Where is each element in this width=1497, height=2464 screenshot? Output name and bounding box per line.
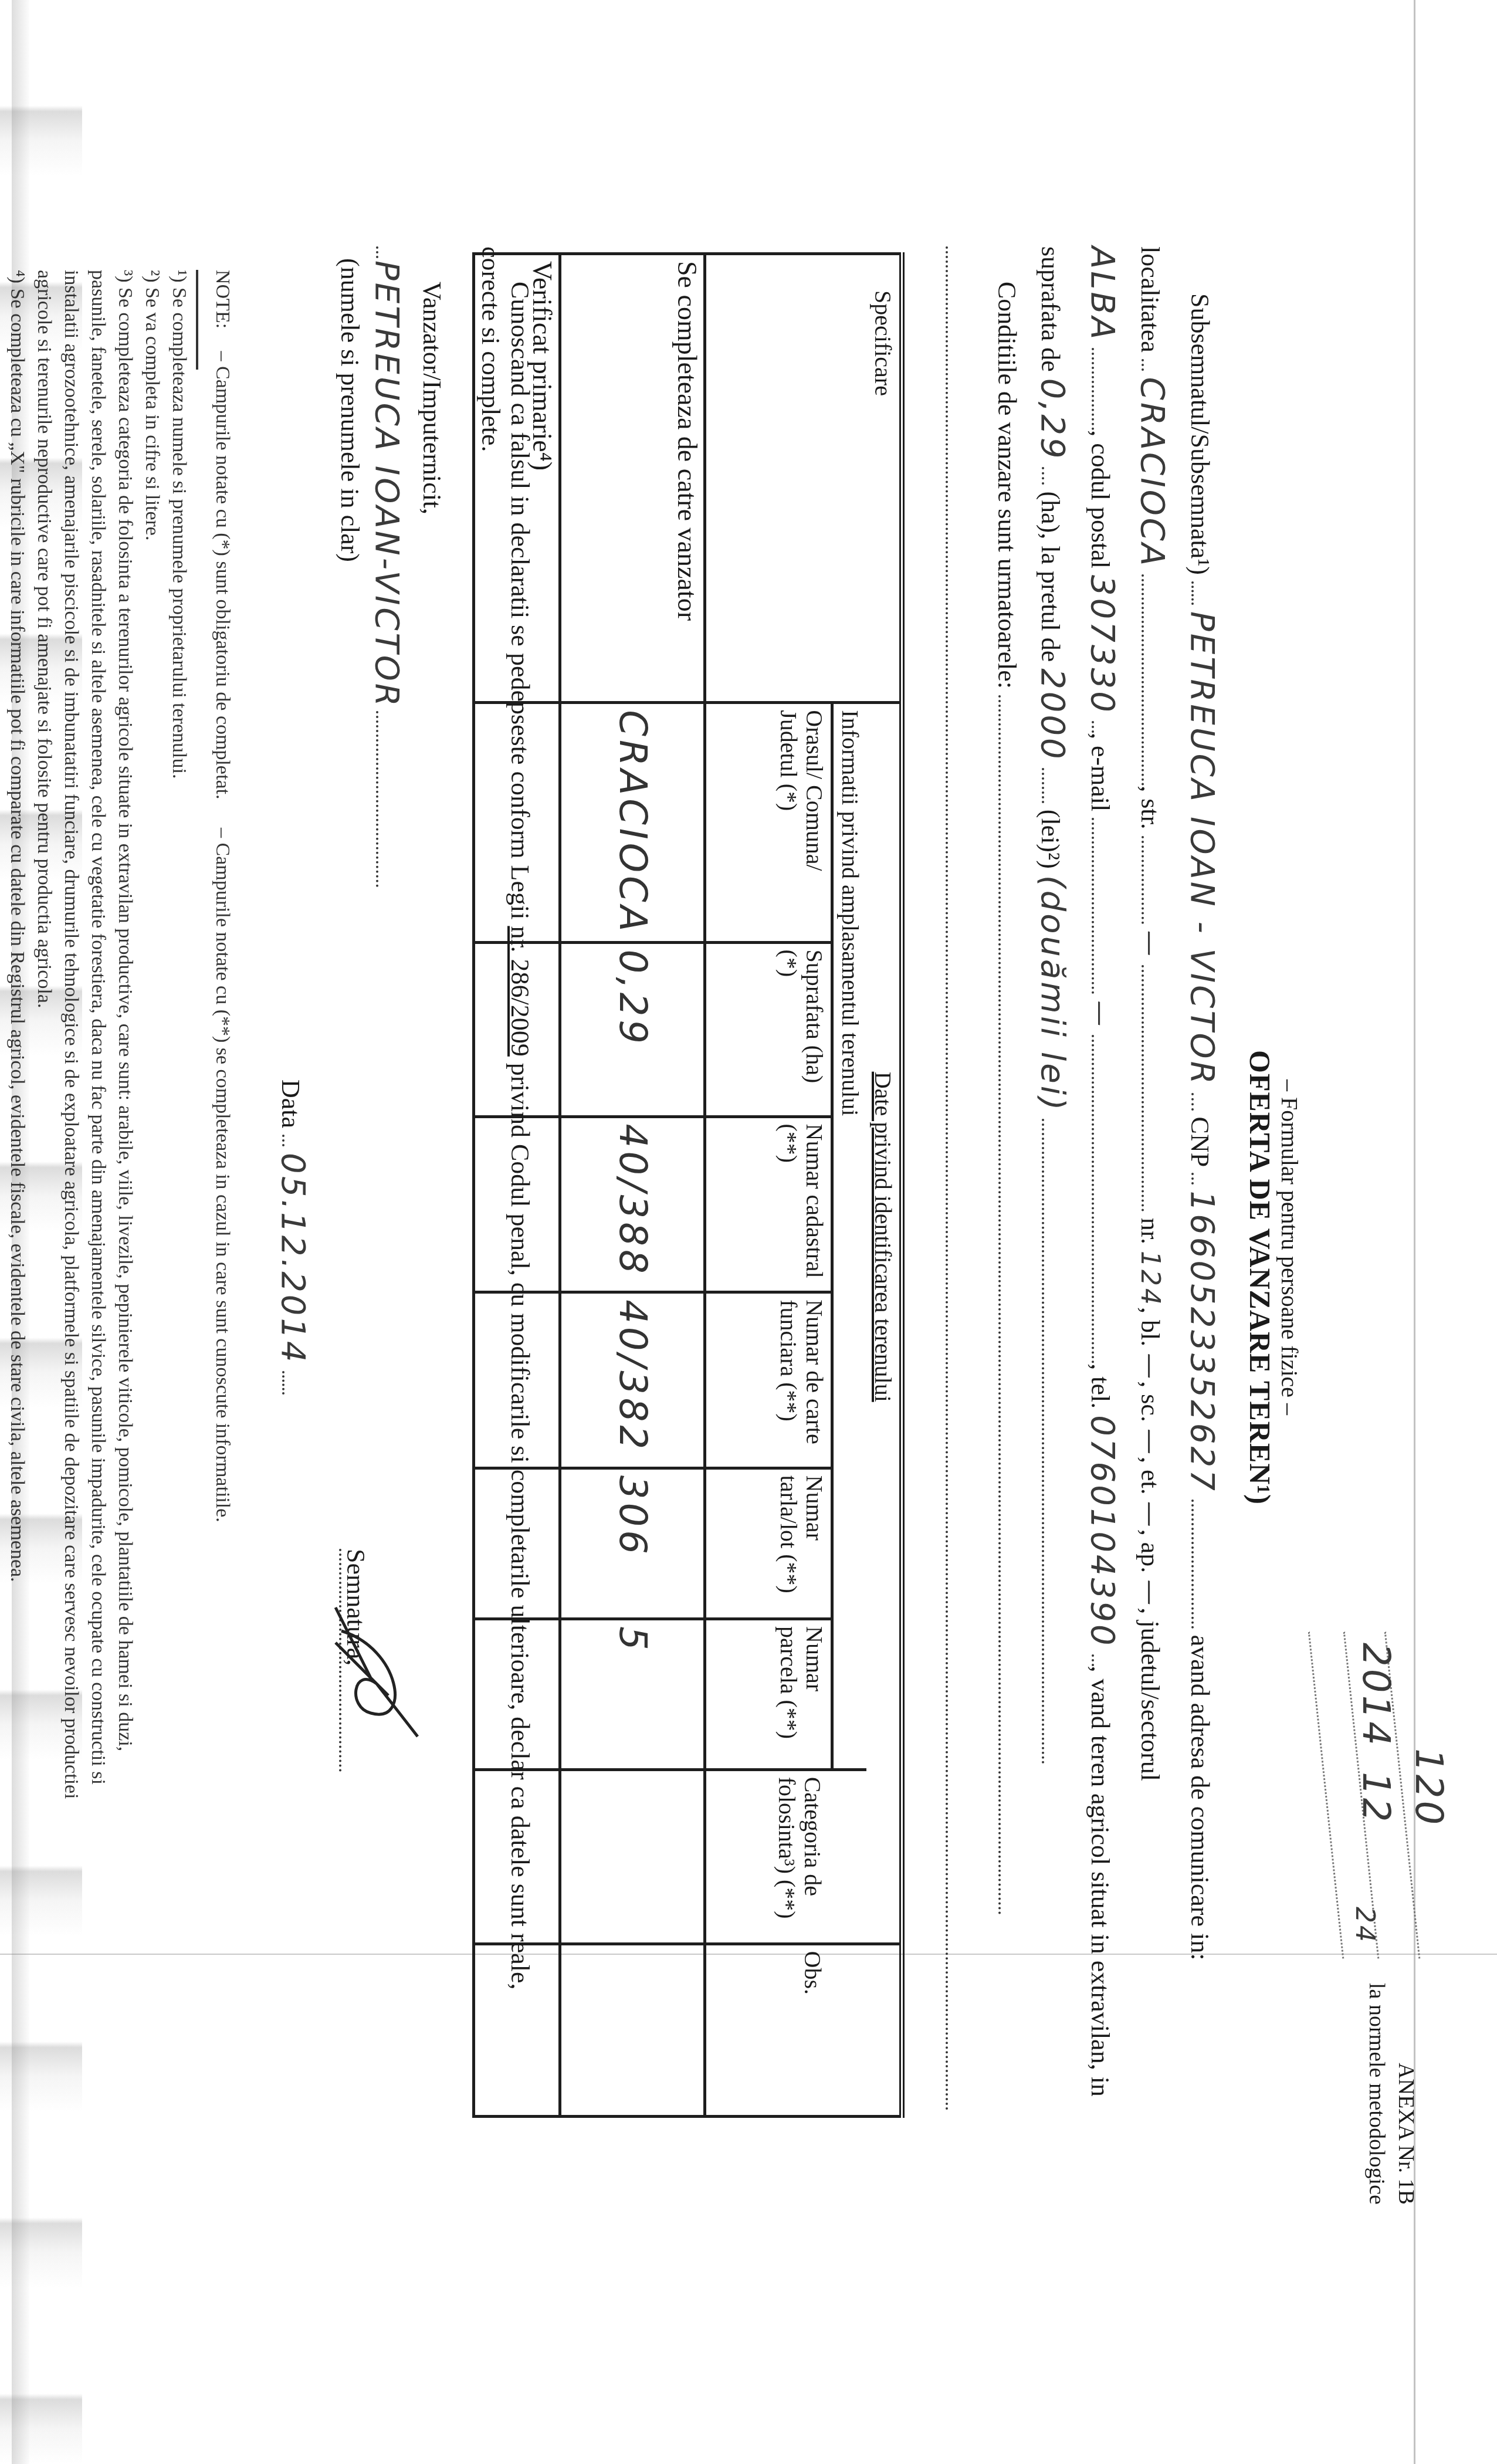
suprafata-label: suprafata de (1036, 246, 1065, 372)
note-b: – Campurile notate cu (**) se completeaz… (212, 828, 233, 1522)
bl-field[interactable]: — (1135, 1353, 1165, 1381)
table-cell[interactable]: 40/388 (560, 1116, 705, 1292)
table-cell[interactable] (560, 1769, 705, 1944)
address-label: avand adresa de comunicare in: (1186, 1635, 1214, 1961)
document-page: ANEXA Nr. 1B la normele metodologice 120… (0, 0, 1497, 2464)
owner-name-field[interactable]: PETREUCA IOAN - VICTOR (1183, 611, 1221, 1087)
signature-mark (306, 1596, 424, 1748)
cnp-label: CNP (1186, 1117, 1214, 1166)
pret-field[interactable]: 2000 (1034, 668, 1072, 761)
table-row: Se completeaza de catre vanzator CRACIOC… (560, 254, 705, 2117)
col-cadastral-header: Numar cadastral (**) (705, 1116, 832, 1292)
col-parcela-header: Numar parcela (**) (705, 1619, 832, 1770)
table-cell[interactable]: 0,29 (560, 942, 705, 1116)
ap-field[interactable]: — (1135, 1579, 1165, 1607)
conditii-field[interactable] (946, 246, 954, 2112)
conditii-label: Conditiile de vanzare sunt urmatoarele: (993, 282, 1021, 689)
vanzator-name-line: PETREUCA IOAN-VICTOR (368, 246, 406, 887)
bl-label: bl. (1136, 1320, 1164, 1346)
vanzator-label: Vanzator/Imputernicit, (417, 282, 447, 515)
footnote: ⁴) Se completeaza cu „X" rubricile in ca… (4, 270, 31, 1799)
suprafata-field[interactable]: 0,29 (1034, 378, 1072, 461)
name-hint: (numele si prenumele in clar) (335, 258, 365, 562)
table-cell[interactable]: CRACIOCA (560, 703, 705, 942)
localitatea-field[interactable]: CRACIOCA (1133, 377, 1171, 568)
land-identification-table: Specificare Date privind identificarea t… (472, 252, 905, 2118)
col-obs-header: Obs. (705, 1944, 902, 2116)
table-cell[interactable]: 306 (560, 1468, 705, 1619)
cod-postal-label: codul postal (1086, 443, 1115, 568)
col-carte-funciara-header: Numar de carte funciara (**) (705, 1292, 832, 1468)
data-label: Data (276, 1079, 305, 1128)
notes-section: NOTE: – Campurile notate cu (*) sunt obl… (4, 270, 236, 1799)
form-title: OFERTA DE VANZARE TEREN¹) (1243, 1050, 1277, 1505)
ap-label: ap. (1136, 1542, 1164, 1573)
declaration-text: Cunoscand ca falsul in declaratii se ped… (505, 282, 535, 1990)
address-line-1: localitatea CRACIOCA , str. — nr. 124, b… (1133, 246, 1171, 1781)
address-line-2: ALBA , codul postal 307330 , e-mail — , … (1083, 246, 1122, 2097)
conditii-line: Conditiile de vanzare sunt urmatoarele: (992, 282, 1022, 1915)
str-label: str. (1136, 798, 1164, 830)
note-a: – Campurile notate cu (*) sunt obligator… (212, 351, 233, 800)
col-localitate-header: Orasul/ Comuna/ Judetul (*) (705, 703, 832, 942)
conditii-line-2 (939, 246, 969, 2112)
notes-divider (196, 270, 198, 370)
footnote: agricole si terenurile neproductive care… (31, 270, 57, 1799)
cnp-field[interactable]: 1660523352627 (1183, 1191, 1221, 1493)
col-tarla-header: Numar tarla/lot (**) (705, 1468, 832, 1619)
nr-field[interactable]: 124 (1135, 1251, 1165, 1307)
ha-label: (ha), la pretul de (1036, 491, 1065, 662)
registration-stamp: 120 2014 12 24 (1315, 1631, 1444, 1959)
pret-words-field[interactable]: (douămii lei) (1034, 875, 1072, 1112)
stamp-year: 2014 (1354, 1643, 1397, 1748)
date-field[interactable]: 05.12.2014 (274, 1153, 312, 1365)
et-label: et. (1136, 1470, 1164, 1495)
footnote: pasunile, fanetele, serele, solariile, r… (84, 270, 111, 1799)
sub-group-header: Informatii privind amplasamentul terenul… (832, 703, 867, 1769)
email-label: e-mail (1086, 746, 1115, 811)
col-categoria-header: Categoria de folosinta³) (**) (705, 1769, 902, 1944)
footnote: ³) Se completeaza categoria de folosinta… (111, 270, 138, 1799)
pret-unit-label: (lei)²) (1036, 810, 1065, 869)
localitatea-label: localitatea (1136, 246, 1164, 353)
annex-subtitle: la normele metodologice (1362, 1983, 1391, 2205)
table-cell[interactable]: 5 (560, 1619, 705, 1770)
col-suprafata-header: Suprafata (ha) (*) (705, 942, 832, 1116)
str-field[interactable]: — (1135, 930, 1165, 959)
row-label: Se completeaza de catre vanzator (560, 254, 705, 703)
nr-label: nr. (1136, 1218, 1164, 1244)
stamp-day: 24 (1350, 1907, 1380, 1944)
tel-field[interactable]: 0760104390 (1083, 1415, 1122, 1647)
judet-label: judetul/sectorul (1136, 1620, 1164, 1781)
sc-label: sc. (1136, 1394, 1164, 1422)
notes-title: NOTE: (212, 270, 233, 329)
subsemnatul-label: Subsemnatul/Subsemnata¹) (1186, 293, 1214, 575)
specificare-header: Specificare (705, 254, 902, 703)
table-cell[interactable]: 40/382 (560, 1292, 705, 1468)
cod-postal-field[interactable]: 307330 (1083, 575, 1122, 715)
form-subtitle: – Formular pentru persoane fizice – (1276, 1079, 1303, 1415)
declaration-text-end: corecte si complete. (476, 246, 506, 452)
annex-header: ANEXA Nr. 1B la normele metodologice (1362, 1983, 1421, 2205)
date-line: Data 05.12.2014 (274, 1079, 312, 1395)
stamp-month: 12 (1354, 1772, 1397, 1824)
group-header: Date privind identificarea terenului (866, 703, 902, 1769)
vanzator-name-field[interactable]: PETREUCA IOAN-VICTOR (368, 260, 406, 709)
sc-field[interactable]: — (1135, 1429, 1165, 1457)
footnote: ²) Se va completa in cifre si litere. (138, 270, 165, 1799)
annex-label: ANEXA Nr. 1B (1391, 1983, 1421, 2205)
footnote: instalatii agrozootehnice, amenajarile p… (57, 270, 84, 1799)
footnote: ¹) Se completeaza numele si prenumele pr… (165, 270, 192, 1799)
table-cell[interactable] (560, 1944, 705, 2116)
stamp-number: 120 (1407, 1748, 1450, 1827)
vand-label: vand teren agricol situat in extravilan,… (1086, 1679, 1115, 2097)
email-field[interactable]: — (1085, 1000, 1115, 1028)
et-field[interactable]: — (1135, 1501, 1165, 1529)
tel-label: tel. (1086, 1376, 1115, 1409)
judet-field[interactable]: ALBA (1083, 246, 1122, 341)
name-line: Subsemnatul/Subsemnata¹) PETREUCA IOAN -… (1183, 293, 1221, 1960)
price-line: suprafata de 0,29 (ha), la pretul de 200… (1034, 246, 1072, 1764)
law-reference: nr. 286/2009 (506, 926, 534, 1056)
